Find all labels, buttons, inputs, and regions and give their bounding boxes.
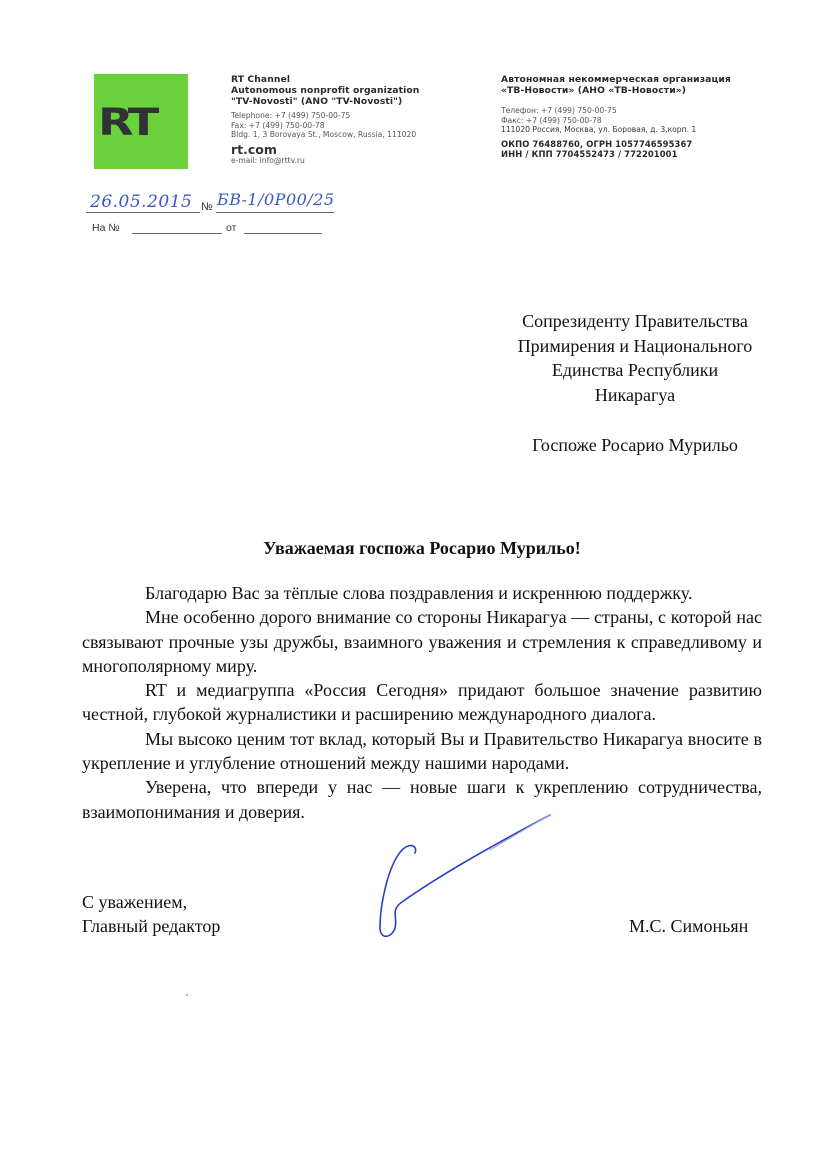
from-label: от xyxy=(226,222,236,234)
paragraph: Благодарю Вас за тёплые слова поздравлен… xyxy=(82,581,762,605)
addressee-line: Никарагуа xyxy=(470,383,800,408)
letter-page: RT RT Channel Autonomous nonprofit organ… xyxy=(0,0,825,1167)
paragraph: RT и медиагруппа «Россия Сегодня» придаю… xyxy=(82,678,762,727)
org-line-2-ru: «ТВ-Новости» (АНО «ТВ-Новости») xyxy=(501,85,731,96)
paragraph: Мы высоко ценим тот вклад, который Вы и … xyxy=(82,727,762,776)
number-sign: № xyxy=(201,201,213,213)
company-name: RT Channel xyxy=(231,74,419,85)
number-line xyxy=(216,212,334,213)
reply-reference: На № от xyxy=(60,222,360,238)
paragraph: Мне особенно дорого внимание со стороны … xyxy=(82,605,762,678)
reply-to-label: На № xyxy=(92,222,120,234)
signer-name: М.С. Симоньян xyxy=(629,914,748,938)
salutation: Уважаемая госпожа Росарио Мурильо! xyxy=(82,538,762,559)
scan-speck xyxy=(186,994,188,996)
addressee-line: Единства Республики xyxy=(470,358,800,383)
org-line-1: Autonomous nonprofit organization xyxy=(231,85,419,96)
okpo-ogrn: ОКПО 76488760, ОГРН 1057746595367 xyxy=(501,139,731,150)
website: rt.com xyxy=(231,143,419,156)
reply-number-line xyxy=(132,233,222,234)
closing-block: С уважением, Главный редактор xyxy=(82,890,220,938)
addressee-line: Сопрезиденту Правительства xyxy=(470,309,800,334)
closing-title: Главный редактор xyxy=(82,914,220,938)
rt-logo-text: RT xyxy=(98,104,211,141)
org-line-2: "TV-Novosti" (ANO "TV-Novosti") xyxy=(231,96,419,107)
email: e-mail: info@rttv.ru xyxy=(231,156,419,166)
letter-body: Благодарю Вас за тёплые слова поздравлен… xyxy=(82,581,762,824)
letterhead-russian: Автономная некоммерческая организация «Т… xyxy=(501,74,731,160)
date-line xyxy=(86,212,200,213)
telephone-ru: Телефон: +7 (499) 750-00-75 xyxy=(501,106,731,116)
address-ru: 111020 Россия, Москва, ул. Боровая, д. 3… xyxy=(501,125,731,135)
address: Bldg. 1, 3 Borovaya St., Moscow, Russia,… xyxy=(231,130,419,140)
handwritten-number: БВ-1/0Р00/25 xyxy=(217,190,335,209)
letterhead-english: RT Channel Autonomous nonprofit organiza… xyxy=(231,74,419,165)
handwritten-date: 26.05.2015 xyxy=(90,192,192,212)
addressee-name: Госпоже Росарио Мурильо xyxy=(470,433,800,458)
addressee-line: Примирения и Национального xyxy=(470,334,800,359)
fax-ru: Факс: +7 (499) 750-00-78 xyxy=(501,116,731,126)
fax: Fax: +7 (499) 750-00-78 xyxy=(231,121,419,131)
addressee-block: Сопрезиденту Правительства Примирения и … xyxy=(470,309,800,458)
rt-logo: RT xyxy=(94,74,188,169)
reply-date-line xyxy=(244,233,322,234)
org-line-1-ru: Автономная некоммерческая организация xyxy=(501,74,731,85)
inn-kpp: ИНН / КПП 7704552473 / 772201001 xyxy=(501,149,731,160)
telephone: Telephone: +7 (499) 750-00-75 xyxy=(231,111,419,121)
handwritten-signature xyxy=(360,810,560,940)
closing-regards: С уважением, xyxy=(82,890,220,914)
outgoing-reference: 26.05.2015 № БВ-1/0Р00/25 xyxy=(60,190,350,216)
